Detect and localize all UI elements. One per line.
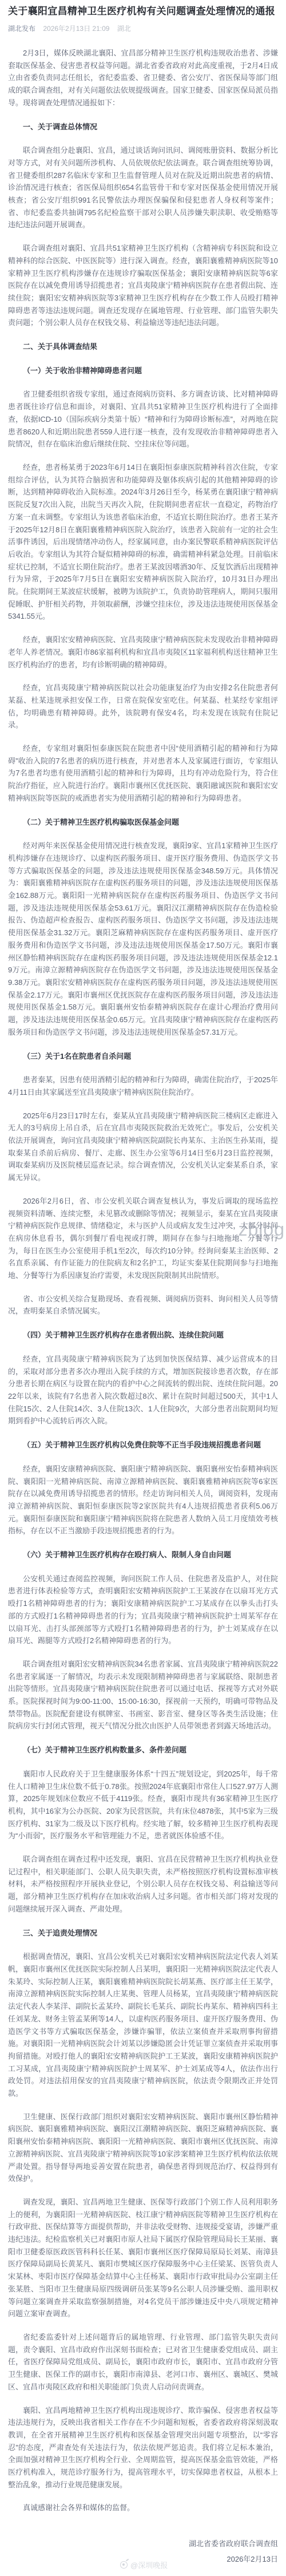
byline-source[interactable]: 湖北发布 (8, 25, 35, 33)
section-heading: （二）关于精神卫生医疗机构骗取医保基金问题 (8, 816, 278, 829)
paragraph: 省卫健委组织省级专家组，通过查阅病历资料、多方调查访谈、比对精神障碍患者既往诊疗… (8, 388, 278, 450)
article-body: 2月3日，媒体反映湖北襄阳、宜昌部分精神卫生医疗机构违规收治患者、涉嫌套取医保基… (8, 47, 278, 2514)
signature-org: 湖北省委省政府联合调查组 (8, 2536, 278, 2551)
page-title: 关于襄阳宜昌精神卫生医疗机构有关问题调查处理情况的通报 (8, 5, 278, 18)
paragraph: 公安机关通过查阅监控视频，询问医院工作人员、住院患者及监护人，对住院患者进行体表… (8, 1573, 278, 1647)
section-heading: （五）关于精神卫生医疗机构以免费住院等不正当手段违规招揽患者问题 (8, 1439, 278, 1451)
paragraph: 省、市公安机关综合复勘现场、查看视频、调阅病历资料、询问相关人员等情况，查明秦某… (8, 1293, 278, 1317)
paragraph: 联合调查组对襄阳、宜昌共51家精神卫生医疗机构（含精神病专科医院和设立精神科的综… (8, 242, 278, 329)
byline: 湖北发布 2026年2月13日 21:09 湖北 (8, 24, 278, 33)
section-heading: （七）关于精神卫生医疗机构数量多、条件差问题 (8, 1744, 278, 1756)
paragraph: 襄阳市人民政府关于卫生健康服务体系“十四五”规划设定，到2025年，每千常住人口… (8, 1768, 278, 1842)
paragraph: 调查发现，襄阳、宜昌两地卫生健康、医保等行政部门个别工作人员利用职务上的便利，为… (8, 2196, 278, 2320)
section-heading: 一、关于调查总体情况 (8, 121, 278, 133)
paragraph: 联合调查组在调查过程中还发现，襄阳、宜昌在民营精神卫生医疗机构执业登记过程中，相… (8, 1853, 278, 1916)
section-heading: （一）关于收治非精神障碍患者问题 (8, 365, 278, 377)
signature-block: 湖北省委省政府联合调查组 2026年2月13日 @深圳晚报 (8, 2536, 278, 2570)
section-heading: 三、关于追责处理情况 (8, 1927, 278, 1940)
paragraph: 经查，宜昌夷陵康宁精神病医院以社会功能康复治疗为由安排2名住院患者何某磊、杜某违… (8, 682, 278, 731)
paragraph: 经查，专家组对襄阳恒泰康医院在院患者中因“使用酒精引起的精神和行为障碍”收治入院… (8, 742, 278, 805)
media-watermark-text: @深圳晚报 (130, 2559, 168, 2570)
paragraph: 患者秦某，因患有使用酒精引起的精神和行为障碍，确需住院治疗，于2025年4月11… (8, 1074, 278, 1098)
paragraph: 联合调查组对襄阳宏安精神病医院34名患者家属、宜昌夷陵康宁精神病医院22名患者家… (8, 1658, 278, 1732)
section-heading: 二、关于具体调查结果 (8, 341, 278, 353)
article-page: 关于襄阳宜昌精神卫生医疗机构有关问题调查处理情况的通报 湖北发布 2026年2月… (0, 0, 286, 2576)
paragraph: 2月3日，媒体反映湖北襄阳、宜昌部分精神卫生医疗机构违规收治患者、涉嫌套取医保基… (8, 47, 278, 109)
paragraph: 联合调查组分赴襄阳、宜昌，通过谈话询问讯问、调阅账册资料、数据分析比对等方式，对… (8, 144, 278, 231)
byline-datetime: 2026年2月13日 21:09 (43, 25, 109, 33)
section-heading: （三）关于1名在院患者自杀问题 (8, 1050, 278, 1063)
paragraph: 卫生健康、医保行政部门组织对襄阳宏安精神病医院、襄阳市襄州区静怡精神病医院、襄阳… (8, 2111, 278, 2185)
paragraph: 经查，宜昌夷陵康宁精神病医院为了达到加快医保结算、减少运营成本的目的，采取对部分… (8, 1353, 278, 1427)
paragraph: 真诚感谢社会各界和媒体的监督。 (8, 2502, 278, 2514)
paragraph: 经对两年来医保基金使用情况进行核查发现，襄阳9家、宜昌1家精神卫生医疗机构涉嫌存… (8, 840, 278, 1038)
section-heading: （四）关于精神卫生医疗机构存在患者假出院、连续住院问题 (8, 1329, 278, 1342)
section-heading: （六）关于精神卫生医疗机构存在殴打病人、限制人身自由问题 (8, 1549, 278, 1561)
paragraph: 襄阳、宜昌两地精神卫生医疗机构出现违规诊疗、欺诈骗保、侵害患者权益等违法违规行为… (8, 2404, 278, 2491)
paragraph: 2026年2月6日，省、市公安机关联合调查复核认为，事发后调取的现场监控视频资料… (8, 1195, 278, 1282)
paragraph: 根据调查情况，襄阳、宜昌公安机关已对襄阳宏安精神病医院法定代表人刘某帆，襄阳市襄… (8, 1950, 278, 2099)
paragraph: 经查，患者杨某勇于2023年6月14日在襄阳恒泰康医院精神科首次住院，专家组综合… (8, 461, 278, 623)
weibo-eye-icon (120, 2561, 128, 2569)
paragraph: 经查，襄阳宏安精神病医院、宜昌夷陵康宁精神病医院未发现收治非精神障碍老年人养老情… (8, 634, 278, 671)
paragraph: 2025年6月23日17时左右，秦某从宜昌夷陵康宁精神病医院三楼病区走廊进入无人… (8, 1110, 278, 1184)
byline-region: 湖北 (117, 25, 131, 33)
paragraph: 经查，襄阳安康精神病医院、襄阳康宁精神病医院、襄阳襄州安怡泰精神病医院、襄阳阳一… (8, 1463, 278, 1537)
media-watermark: @深圳晚报 (120, 2559, 168, 2570)
paragraph: 省纪委监委针对上述问题背后的属地管理、行业管理、部门监管失职失责问题，责令襄阳、… (8, 2331, 278, 2393)
